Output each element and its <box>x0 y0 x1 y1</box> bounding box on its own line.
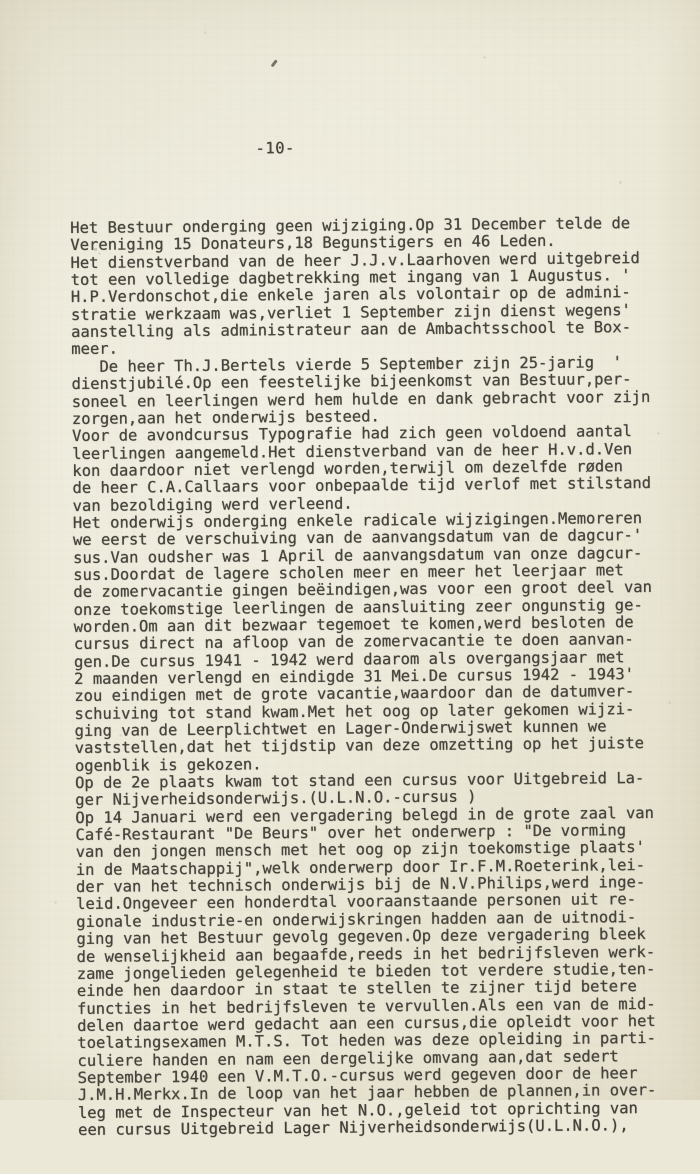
document-page: -10- Het Bestuur onderging geen wijzigin… <box>0 0 700 1100</box>
body-text: Het Bestuur onderging geen wijziging.Op … <box>70 215 657 1100</box>
paper-speckles <box>0 0 1 1</box>
typed-text-block: -10- Het Bestuur onderging geen wijzigin… <box>69 85 657 1100</box>
ink-smudge <box>271 59 278 67</box>
text-line: J.M.H.Merkx.In de loop van het jaar hebb… <box>78 1082 657 1100</box>
page-number: -10- <box>69 137 648 159</box>
